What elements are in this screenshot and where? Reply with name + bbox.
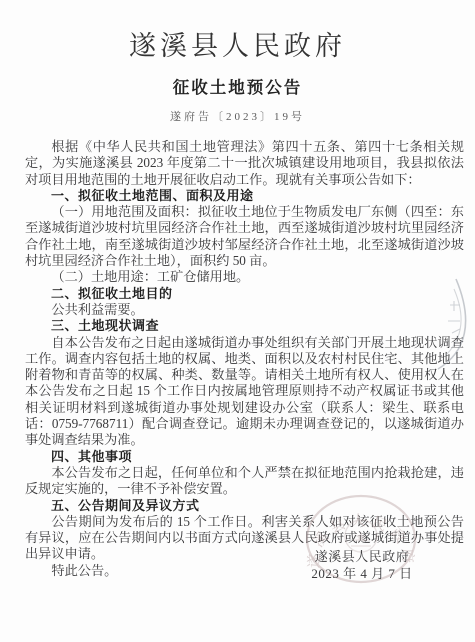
- notice-document-page: 遂溪县人民政府 征收土地预公告 遂府告〔2023〕19号 根据《中华人民共和国土…: [0, 0, 475, 642]
- section-3-paragraph: 自本公告发布之日起由遂城街道办事处组织有关部门开展土地现状调查工作。调查内容包括…: [25, 335, 464, 449]
- section-4-paragraph: 本公告发布之日起，任何单位和个人严禁在拟征地范围内抢栽抢建，违反规定实施的，一律…: [25, 465, 464, 498]
- section-5-heading: 五、公告期间及异议方式: [25, 498, 464, 514]
- notice-subtitle: 征收土地预公告: [0, 74, 475, 98]
- section-2-heading: 二、拟征收土地目的: [25, 286, 464, 302]
- section-1-paragraph: （二）土地用途：工矿仓储用地。: [25, 269, 464, 285]
- section-1-heading: 一、拟征收土地范围、面积及用途: [25, 188, 464, 204]
- signature-date: 2023 年 4 月 7 日: [307, 565, 417, 582]
- notice-body: 根据《中华人民共和国土地管理法》第四十五条、第四十七条相关规定，为实施遂溪县 2…: [0, 139, 475, 579]
- section-3-heading: 三、土地现状调查: [25, 318, 464, 334]
- signature-issuer: 遂溪县人民政府: [307, 548, 417, 565]
- signature-block: 遂溪县人民政府 2023 年 4 月 7 日: [307, 548, 417, 582]
- section-2-paragraph: 公共利益需要。: [25, 302, 464, 318]
- section-4-heading: 四、其他事项: [25, 449, 464, 465]
- document-number: 遂府告〔2023〕19号: [0, 108, 475, 124]
- intro-paragraph: 根据《中华人民共和国土地管理法》第四十五条、第四十七条相关规定，为实施遂溪县 2…: [25, 139, 464, 188]
- section-1-paragraph: （一）用地范围及面积：拟征收土地位于生物质发电厂东侧（四至：东至遂城街道沙坡村坑…: [25, 204, 464, 269]
- page-title: 遂溪县人民政府: [0, 24, 475, 63]
